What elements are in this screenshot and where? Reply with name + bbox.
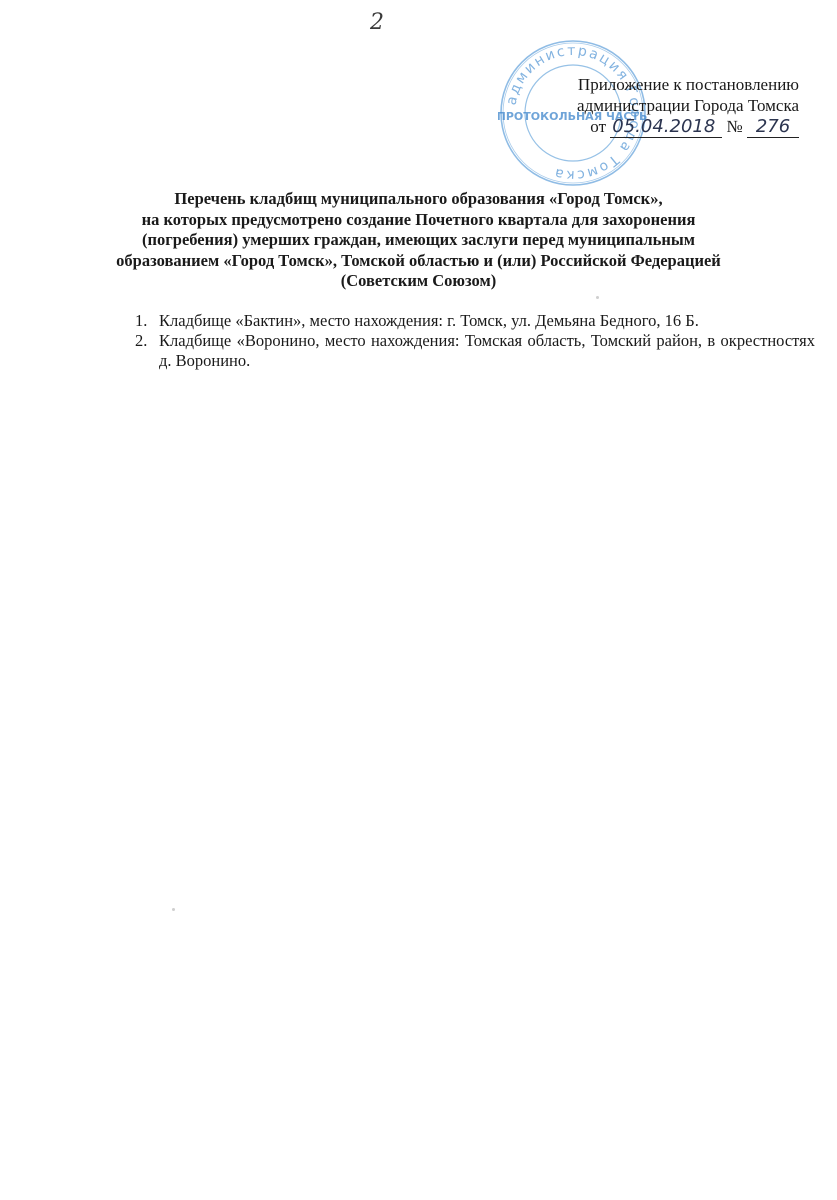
cemetery-list: 1. Кладбище «Бактин», место нахождения: … — [125, 311, 815, 371]
scan-speck — [172, 908, 175, 911]
date-prefix: от — [590, 117, 606, 136]
title-line: (погребения) умерших граждан, имеющих за… — [0, 230, 837, 251]
list-item-text: Кладбище «Воронино, место нахождения: То… — [159, 331, 815, 370]
list-item: 1. Кладбище «Бактин», место нахождения: … — [125, 311, 815, 331]
title-line: образованием «Город Томск», Томской обла… — [0, 251, 837, 272]
decree-number: 276 — [747, 116, 799, 138]
header-line-1: Приложение к постановлению — [577, 74, 799, 95]
list-item-text: Кладбище «Бактин», место нахождения: г. … — [159, 311, 699, 330]
list-item: 2. Кладбище «Воронино, место нахождения:… — [125, 331, 815, 371]
list-item-number: 1. — [135, 311, 147, 331]
scan-speck — [596, 296, 599, 299]
document-title: Перечень кладбищ муниципального образова… — [0, 189, 837, 292]
handwritten-page-number: 2 — [370, 10, 384, 35]
title-line: (Советским Союзом) — [0, 271, 837, 292]
header-date-line: от 05.04.2018 № 276 — [577, 116, 799, 138]
number-sign: № — [727, 117, 743, 136]
document-header: Приложение к постановлению администрации… — [577, 74, 799, 138]
date-value: 05.04.2018 — [610, 116, 722, 138]
list-item-number: 2. — [135, 331, 147, 351]
header-line-2: администрации Города Томска — [577, 95, 799, 116]
title-line: Перечень кладбищ муниципального образова… — [0, 189, 837, 210]
title-line: на которых предусмотрено создание Почетн… — [0, 210, 837, 231]
